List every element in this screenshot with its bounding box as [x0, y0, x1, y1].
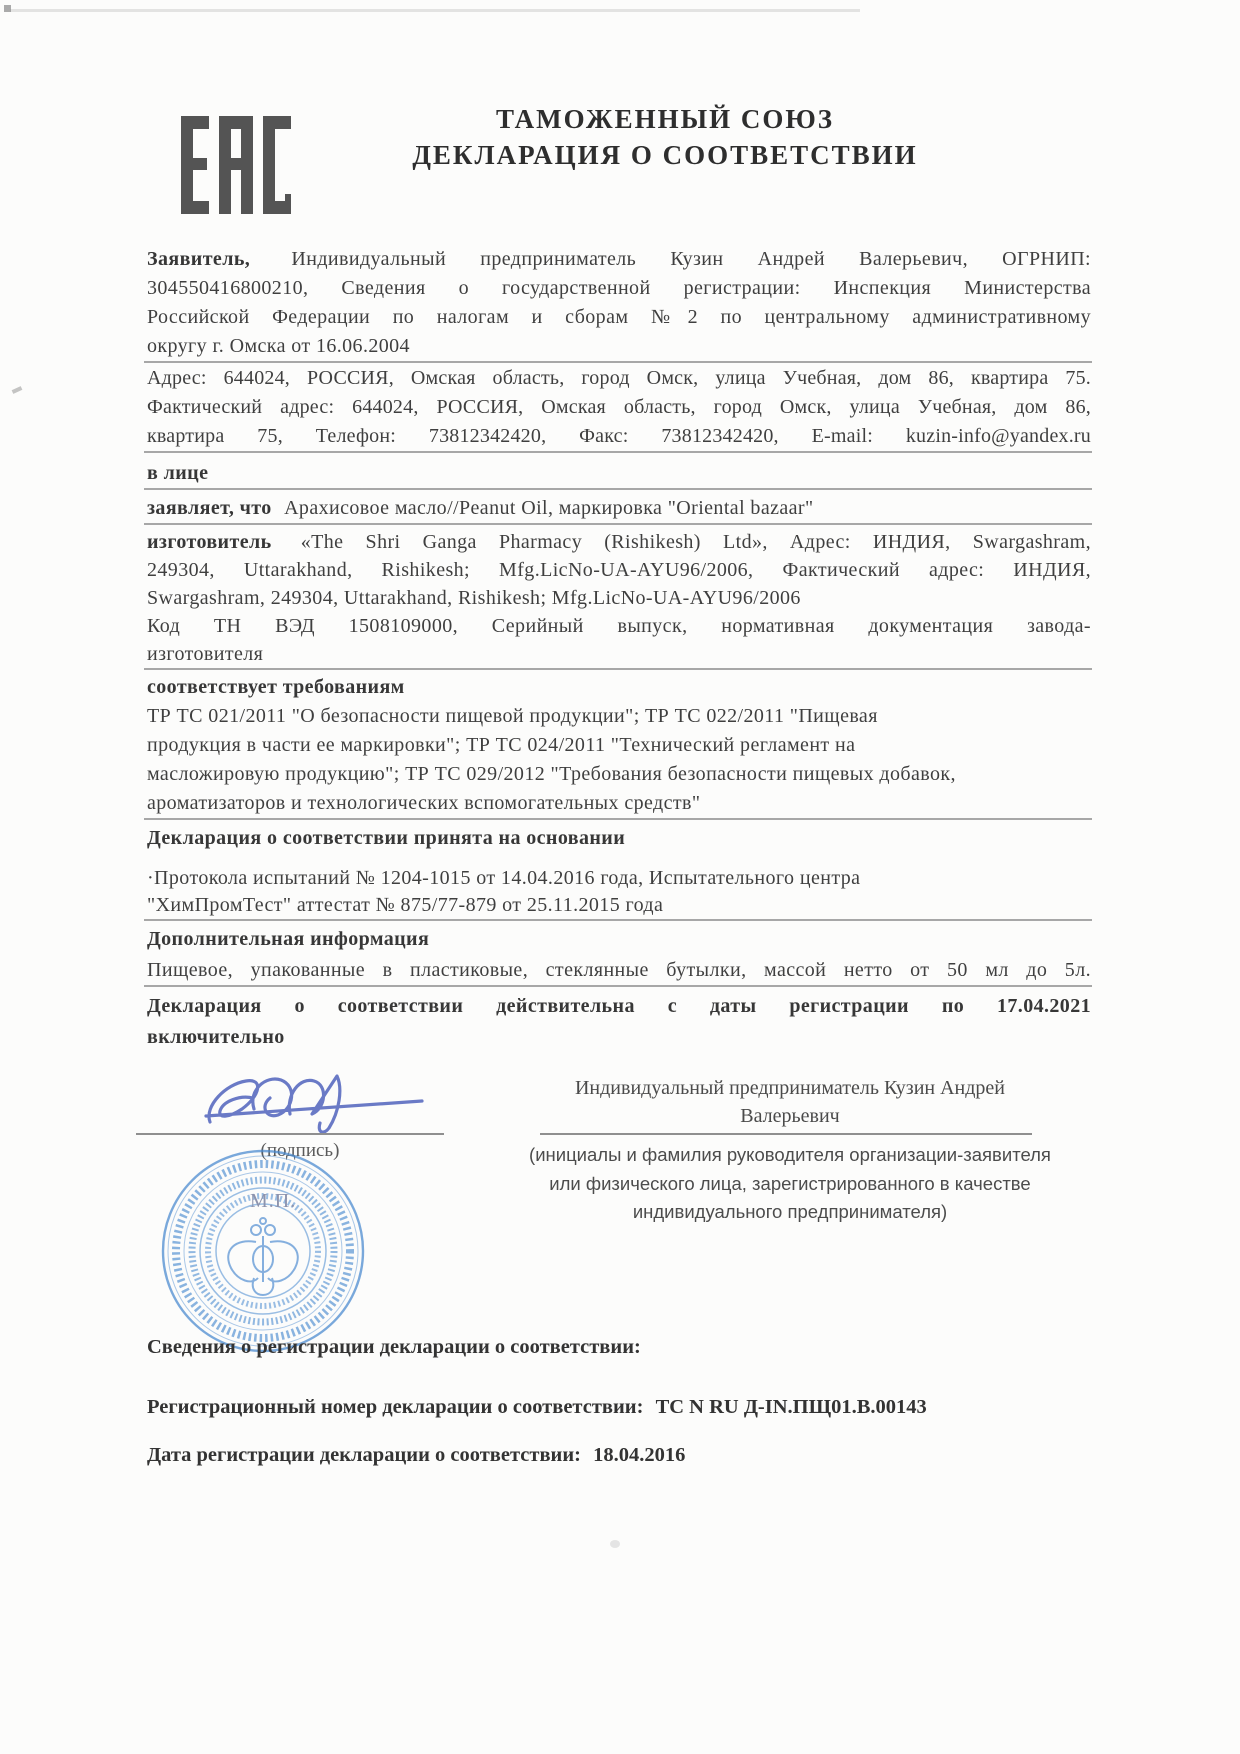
- text-line: изготовителя: [147, 640, 1091, 668]
- divider-line: [144, 451, 1092, 453]
- text-line: Swargashram, 249304, Uttarakhand, Rishik…: [147, 584, 1091, 612]
- scan-artifact: [12, 386, 23, 394]
- divider-line: [144, 668, 1092, 670]
- registration-date-value: 18.04.2016: [593, 1444, 685, 1466]
- validity-paragraph: Декларация о соответствии действительна …: [147, 991, 1091, 1053]
- manufacturer-label: изготовитель: [147, 531, 272, 553]
- text-line: 304550416800210, Сведения о государствен…: [147, 274, 1091, 303]
- scan-artifact: [4, 5, 11, 12]
- divider-line: [144, 919, 1092, 921]
- text-line: Заявитель, Индивидуальный предпринимател…: [147, 245, 1091, 274]
- applicant-label: Заявитель,: [147, 248, 250, 270]
- text-line: продукция в части ее маркировки"; ТР ТС …: [147, 731, 1091, 760]
- text-line: масложировую продукцию"; ТР ТС 029/2012 …: [147, 760, 1091, 789]
- document-title: ТАМОЖЕННЫЙ СОЮЗ ДЕКЛАРАЦИЯ О СООТВЕТСТВИ…: [90, 101, 1240, 173]
- conforms-paragraph: ТР ТС 021/2011 "О безопасности пищевой п…: [147, 702, 1091, 818]
- declares-row: заявляет, что Арахисовое масло//Peanut O…: [147, 494, 1091, 523]
- basis-paragraph: ·Протокола испытаний № 1204-1015 от 14.0…: [147, 865, 1091, 919]
- divider-line: [144, 985, 1092, 987]
- text-line: ТР ТС 021/2011 "О безопасности пищевой п…: [147, 702, 1091, 731]
- text-line: квартира 75, Телефон: 73812342420, Факс:…: [147, 422, 1091, 451]
- additional-paragraph: Пищевое, упакованные в пластиковые, стек…: [147, 956, 1091, 985]
- signature: [190, 1068, 430, 1140]
- divider-line: [144, 818, 1092, 820]
- text-line: Фактический адрес: 644024, РОССИЯ, Омска…: [147, 393, 1091, 422]
- holder-caption: (инициалы и фамилия руководителя организ…: [520, 1141, 1060, 1227]
- text-line: включительно: [147, 1022, 1091, 1053]
- manufacturer-paragraph: изготовитель «The Shri Ganga Pharmacy (R…: [147, 528, 1091, 668]
- signature-line: [136, 1133, 444, 1135]
- divider-line: [144, 361, 1092, 363]
- registration-number-label: Регистрационный номер декларации о соотв…: [147, 1396, 643, 1418]
- holder-signature-line: [540, 1133, 1032, 1135]
- text-line: Российской Федерации по налогам и сборам…: [147, 303, 1091, 332]
- holder-name-line2: Валерьевич: [505, 1102, 1075, 1130]
- additional-heading: Дополнительная информация: [147, 925, 1091, 954]
- basis-heading: Декларация о соответствии принята на осн…: [147, 824, 1091, 853]
- text-line: Декларация о соответствии действительна …: [147, 991, 1091, 1022]
- document-title-line2: ДЕКЛАРАЦИЯ О СООТВЕТСТВИИ: [90, 137, 1240, 173]
- registration-date-label: Дата регистрации декларации о соответств…: [147, 1444, 581, 1466]
- conforms-heading: соответствует требованиям: [147, 673, 1091, 702]
- document-page: ТАМОЖЕННЫЙ СОЮЗ ДЕКЛАРАЦИЯ О СООТВЕТСТВИ…: [0, 0, 1240, 1754]
- text-line: 249304, Uttarakhand, Rishikesh; Mfg.LicN…: [147, 556, 1091, 584]
- text-line: ·Протокола испытаний № 1204-1015 от 14.0…: [147, 865, 1091, 892]
- text-line: изготовитель «The Shri Ganga Pharmacy (R…: [147, 528, 1091, 556]
- product-name: Арахисовое масло//Peanut Oil, маркировка…: [284, 497, 813, 519]
- text-line: "ХимПромТест" аттестат № 875/77-879 от 2…: [147, 892, 1091, 919]
- in-person-row: в лице: [147, 459, 1091, 488]
- text-line: округу г. Омска от 16.06.2004: [147, 332, 1091, 361]
- text-line: Код ТН ВЭД 1508109000, Серийный выпуск, …: [147, 612, 1091, 640]
- declares-label: заявляет, что: [147, 497, 272, 519]
- stamp-placeholder-label: М.П.: [250, 1190, 296, 1213]
- address-paragraph: Адрес: 644024, РОССИЯ, Омская область, г…: [147, 364, 1091, 451]
- round-stamp: [158, 1146, 368, 1356]
- divider-line: [144, 523, 1092, 525]
- divider-line: [144, 488, 1092, 490]
- scan-artifact: [10, 9, 860, 12]
- text-line: Адрес: 644024, РОССИЯ, Омская область, г…: [147, 364, 1091, 393]
- registration-heading: Сведения о регистрации декларации о соот…: [147, 1336, 1147, 1359]
- registration-number-row: Регистрационный номер декларации о соотв…: [147, 1396, 1147, 1419]
- registration-number-value: ТС N RU Д-IN.ПЩ01.В.00143: [656, 1396, 927, 1418]
- text-line: ароматизаторов и технологических вспомог…: [147, 789, 1091, 818]
- registration-date-row: Дата регистрации декларации о соответств…: [147, 1444, 1147, 1467]
- holder-name-line1: Индивидуальный предприниматель Кузин Анд…: [505, 1074, 1075, 1102]
- applicant-paragraph: Заявитель, Индивидуальный предпринимател…: [147, 245, 1091, 361]
- scan-artifact: [610, 1540, 620, 1548]
- in-person-label: в лице: [147, 462, 208, 484]
- holder-name: Индивидуальный предприниматель Кузин Анд…: [505, 1074, 1075, 1130]
- document-title-line1: ТАМОЖЕННЫЙ СОЮЗ: [90, 101, 1240, 137]
